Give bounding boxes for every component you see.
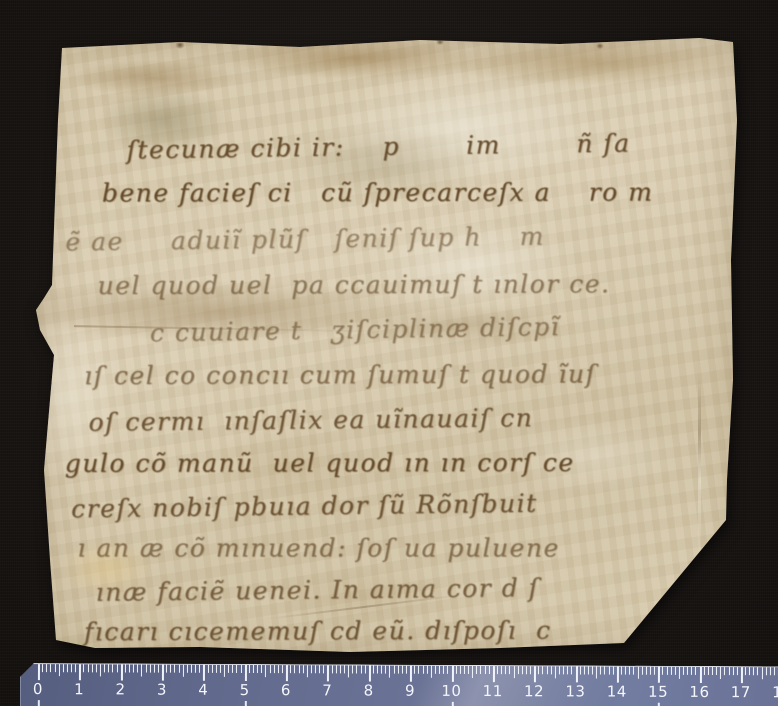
ruler-bottom-tick	[451, 702, 453, 706]
parchment-fragment: ſtecunæ cibi ir: p im ñ ſa bene facieſ c…	[34, 36, 742, 656]
ruler-bottom-ticks	[20, 663, 778, 706]
ruler-bottom-tick	[38, 700, 40, 706]
ruler-bottom-tick	[245, 701, 247, 706]
photo-stage: ſtecunæ cibi ir: p im ñ ſa bene facieſ c…	[0, 0, 778, 706]
centimeter-ruler: 0123456789101112131415161718	[20, 663, 778, 706]
parchment-edge-shading	[34, 36, 742, 656]
parchment-surface: ſtecunæ cibi ir: p im ñ ſa bene facieſ c…	[34, 36, 742, 656]
